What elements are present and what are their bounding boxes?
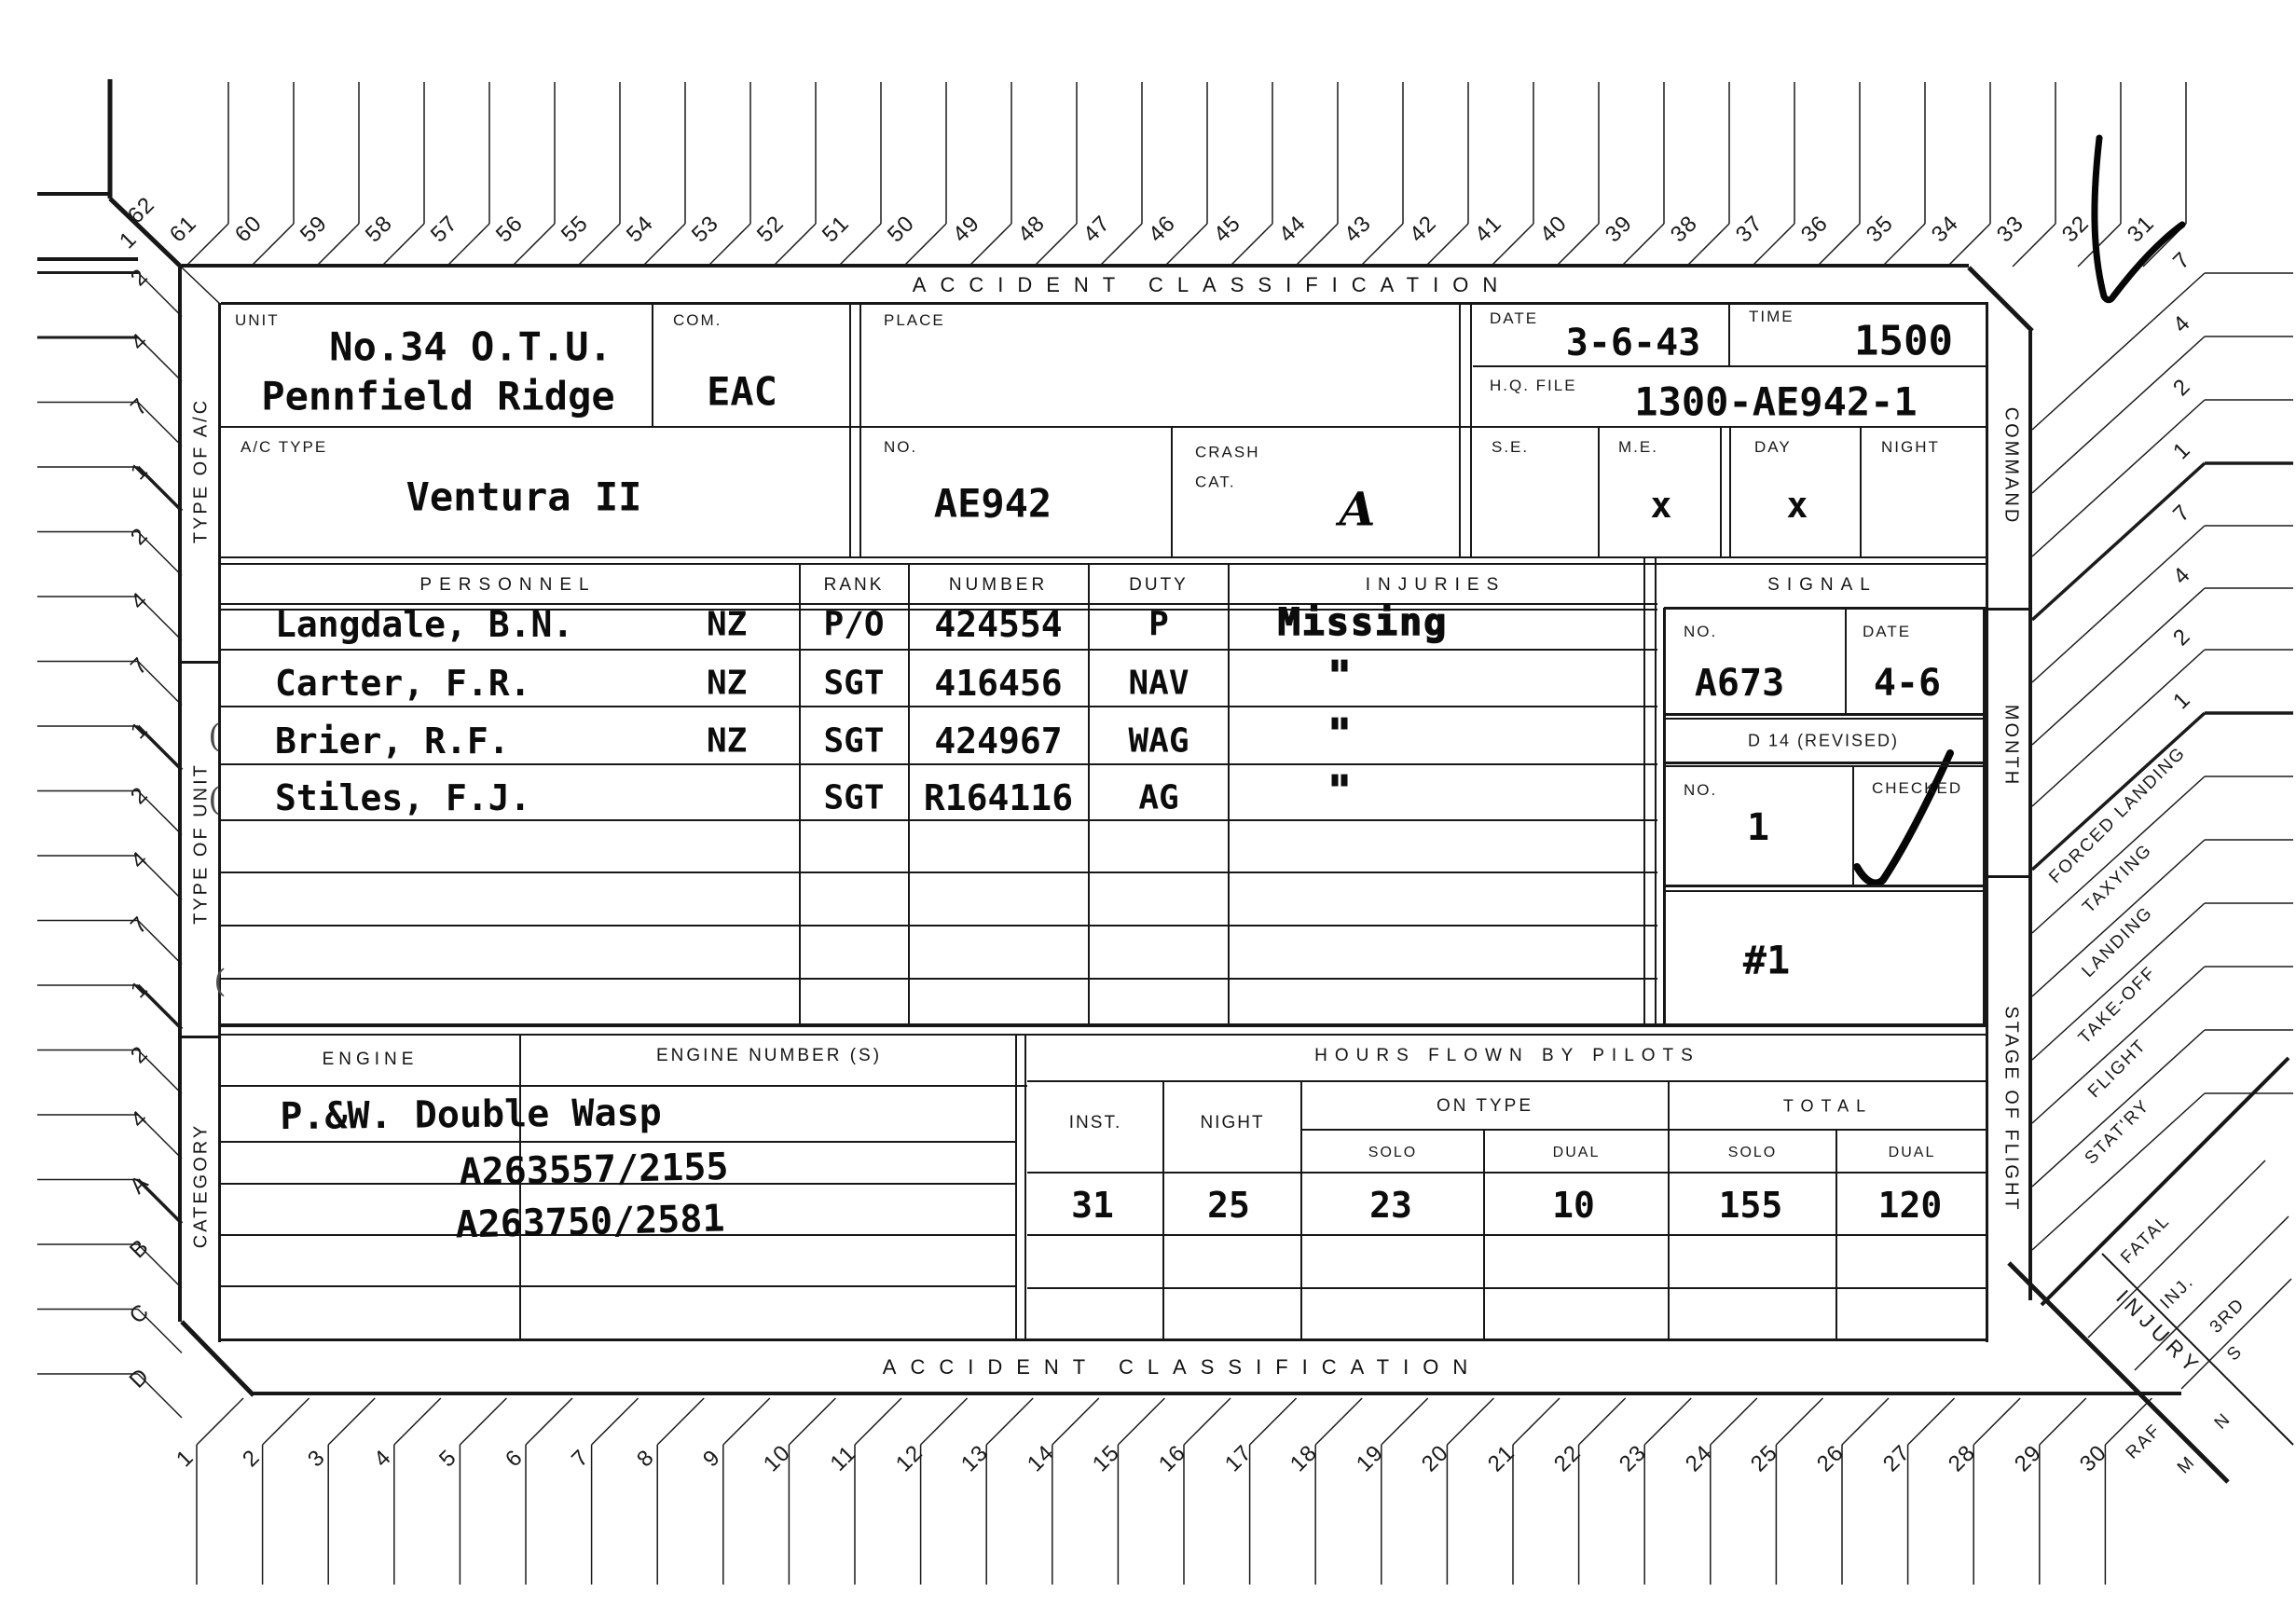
rule-line — [1664, 713, 1987, 716]
pencil-tick-2: ( — [208, 781, 220, 818]
rule-line — [178, 268, 182, 1322]
signal-checked-label: CHECKED — [1872, 779, 1962, 798]
decorative-line — [2040, 1398, 2086, 1445]
rule-line — [221, 563, 1988, 565]
rule-line — [1300, 1081, 1302, 1339]
rule-line — [1655, 557, 1657, 1025]
hours-inst-label: INST. — [1069, 1113, 1121, 1133]
rule-line — [1470, 303, 1472, 557]
rule-line — [652, 303, 653, 427]
hours-title: HOURS FLOWN BY PILOTS — [1314, 1046, 1700, 1066]
decorative-line — [263, 1398, 309, 1445]
hours-solo2-label: SOLO — [1728, 1145, 1777, 1161]
personnel-nationality: NZ — [707, 606, 747, 644]
decorative-line — [592, 1398, 639, 1445]
side-label-category: CATEGORY — [191, 1123, 213, 1248]
rule-line — [221, 1085, 1027, 1087]
rule-line — [1664, 607, 1987, 610]
personnel-name: Stiles, F.J. — [275, 777, 531, 818]
decorative-line — [1973, 1398, 2020, 1445]
rule-line — [1473, 365, 1988, 367]
decorative-line — [789, 1398, 835, 1445]
signal-note: #1 — [1743, 938, 1791, 983]
personnel-name: Carter, F.R. — [275, 663, 531, 704]
decorative-line — [2032, 526, 2205, 682]
hours-inst-value: 31 — [1071, 1185, 1114, 1226]
rule-line — [1860, 427, 1862, 557]
rule-line — [1986, 303, 1988, 1342]
rule-line — [849, 303, 851, 557]
decorative-line — [1184, 1398, 1230, 1445]
me-label: M.E. — [1618, 438, 1658, 457]
decorative-line — [1842, 1398, 1889, 1445]
rule-line — [2028, 331, 2032, 1300]
decorative-line — [1118, 1398, 1164, 1445]
rule-line — [1664, 890, 1987, 892]
rule-line — [1728, 303, 1730, 366]
top-banner: ACCIDENT CLASSIFICATION — [913, 273, 1511, 297]
ac-type-value: Ventura II — [406, 474, 642, 520]
unit-value-line2: Pennfield Ridge — [261, 374, 614, 419]
decorative-line — [2032, 588, 2205, 745]
personnel-rank: SGT — [823, 665, 884, 703]
rule-line — [182, 264, 1969, 268]
rule-line — [1024, 1035, 1026, 1339]
decorative-line — [2032, 650, 2205, 806]
rule-line — [1668, 1081, 1670, 1339]
date-value: 3-6-43 — [1566, 322, 1701, 364]
decorative-line — [1579, 1398, 1626, 1445]
pen-checkmark-checked-box — [1857, 753, 1950, 884]
signal-no2-value: 1 — [1747, 806, 1769, 849]
personnel-number: 424554 — [934, 604, 1062, 645]
decorative-line — [1382, 1398, 1428, 1445]
rule-line — [1088, 564, 1090, 1025]
rule-line — [1483, 1130, 1485, 1339]
decorative-line — [2032, 400, 2205, 556]
engine-header: ENGINE — [323, 1050, 419, 1070]
decorative-line — [921, 1398, 968, 1445]
rule-line — [221, 872, 1657, 873]
rule-line — [221, 1141, 1016, 1143]
rule-line — [221, 426, 1988, 428]
decorative-line — [2032, 713, 2205, 870]
rule-line — [37, 192, 112, 196]
engine-number-1: A263557/2155 — [459, 1146, 729, 1194]
ac-no-label: NO. — [884, 438, 917, 457]
side-label-type-of-ac: TYPE OF A/C — [191, 398, 213, 543]
hours-on-type-dual-value: 10 — [1552, 1185, 1595, 1226]
night-label: NIGHT — [1881, 438, 1940, 457]
day-value: x — [1787, 485, 1808, 526]
personnel-nationality: NZ — [707, 722, 747, 761]
time-label: TIME — [1749, 308, 1794, 326]
hours-total-dual-value: 120 — [1878, 1185, 1943, 1226]
ac-no-value: AE942 — [934, 481, 1052, 527]
engine-value: P.&W. Double Wasp — [280, 1091, 662, 1138]
side-label-month: MONTH — [2000, 705, 2022, 787]
personnel-number: 424967 — [934, 721, 1062, 762]
rule-line — [221, 556, 1988, 558]
decorative-line — [723, 1398, 770, 1445]
rule-line — [1983, 608, 1986, 1027]
pencil-tick-3: ( — [213, 963, 226, 1000]
signal-no-label: NO. — [1684, 623, 1717, 641]
personnel-injury-ditto: " — [1328, 654, 1351, 697]
decorative-line — [197, 1398, 243, 1445]
personnel-rank: SGT — [823, 722, 884, 761]
personnel-nationality: NZ — [707, 665, 747, 703]
injuries-header: INJURIES — [1366, 575, 1506, 596]
place-label: PLACE — [884, 311, 945, 330]
personnel-name: Langdale, B.N. — [275, 604, 573, 645]
decorative-line — [1711, 1398, 1757, 1445]
injury-band-line-thin — [2102, 1254, 2293, 1445]
personnel-injury-ditto: " — [1328, 769, 1351, 812]
rule-line — [799, 564, 801, 1025]
hours-on-type-solo-value: 23 — [1369, 1185, 1412, 1226]
time-value: 1500 — [1854, 318, 1953, 365]
rule-line — [1027, 1287, 1988, 1289]
rule-line — [182, 1036, 221, 1038]
decorative-line — [657, 1398, 704, 1445]
rule-line — [37, 257, 138, 261]
signal-date-label: DATE — [1863, 623, 1911, 641]
personnel-header: PERSONNEL — [419, 575, 596, 596]
crash-cat-label: CRASH CAT. — [1195, 438, 1260, 499]
rule-line — [1664, 762, 1987, 764]
rule-line — [1228, 564, 1230, 1025]
rule-line — [221, 1285, 1016, 1287]
number-header: NUMBER — [949, 575, 1048, 596]
rule-line — [221, 925, 1657, 927]
signal-date-value: 4-6 — [1874, 662, 1941, 705]
signal-no-value: A673 — [1695, 662, 1784, 705]
personnel-duty: AG — [1138, 779, 1178, 817]
rule-line — [1988, 875, 2032, 878]
personnel-injury-ditto: " — [1328, 712, 1351, 755]
rule-line — [1643, 557, 1645, 1025]
decorative-line — [1513, 1398, 1560, 1445]
hours-dual2-label: DUAL — [1889, 1145, 1936, 1161]
date-label: DATE — [1490, 309, 1538, 328]
engine-numbers-header: ENGINE NUMBER (S) — [656, 1046, 882, 1066]
rule-line — [1598, 427, 1600, 557]
rule-line — [1162, 1081, 1164, 1339]
decorative-line — [526, 1398, 572, 1445]
rule-line — [221, 1023, 1988, 1027]
hours-total-label: TOTAL — [1783, 1097, 1873, 1117]
decorative-line — [1908, 1398, 1955, 1445]
rule-line — [1729, 427, 1731, 557]
personnel-number: 416456 — [934, 663, 1062, 704]
hours-dual1-label: DUAL — [1553, 1145, 1601, 1161]
decorative-line — [1250, 1398, 1297, 1445]
com-value: EAC — [707, 369, 777, 415]
bottom-banner: ACCIDENT CLASSIFICATION — [883, 1355, 1481, 1380]
rule-line — [1988, 608, 2032, 611]
rule-line — [1664, 885, 1987, 887]
hours-on-type-label: ON TYPE — [1437, 1096, 1533, 1117]
hours-night-label: NIGHT — [1200, 1113, 1264, 1133]
me-value: x — [1651, 485, 1672, 526]
pencil-tick-1: ( — [208, 718, 220, 755]
rule-line — [1027, 1234, 1988, 1236]
rule-line — [218, 303, 221, 1342]
rule-line — [221, 649, 1657, 651]
decorative-line — [2032, 336, 2205, 493]
duty-header: DUTY — [1129, 575, 1189, 596]
rule-line — [221, 819, 1657, 821]
signal-no2-label: NO. — [1684, 781, 1717, 800]
hours-solo1-label: SOLO — [1368, 1145, 1417, 1161]
unit-label: UNIT — [235, 311, 280, 330]
rule-line — [1027, 1080, 1988, 1083]
unit-value-line1: No.34 O.T.U. — [329, 324, 612, 370]
decorative-line — [1315, 1398, 1362, 1445]
crash-cat-value: A — [1340, 482, 1376, 537]
decorative-line — [1052, 1398, 1099, 1445]
decorative-line — [328, 1398, 375, 1445]
rule-line — [1171, 427, 1173, 557]
corner-inner-diag-top-left — [182, 268, 221, 305]
engine-number-2: A263750/2581 — [455, 1197, 725, 1246]
hours-night-value: 25 — [1207, 1185, 1250, 1226]
personnel-duty: WAG — [1128, 722, 1189, 761]
rule-line — [221, 706, 1657, 707]
hq-file-value: 1300-AE942-1 — [1634, 379, 1917, 425]
rule-line — [1852, 766, 1855, 885]
decorative-line — [986, 1398, 1033, 1445]
rule-line — [908, 564, 910, 1025]
accident-record-card: ACCIDENT CLASSIFICATION ACCIDENT CLASSIF… — [0, 0, 2296, 1606]
rule-line — [221, 1034, 1988, 1036]
hq-file-label: H.Q. FILE — [1490, 377, 1577, 395]
signal-revision: D 14 (REVISED) — [1748, 732, 1899, 751]
rule-line — [1835, 1130, 1837, 1339]
rule-line — [221, 978, 1657, 980]
day-label: DAY — [1754, 438, 1792, 457]
decorative-line — [1776, 1398, 1822, 1445]
decorative-line — [2032, 273, 2205, 430]
rank-header: RANK — [824, 575, 885, 596]
personnel-duty: P — [1148, 606, 1169, 644]
com-label: COM. — [673, 311, 722, 330]
rule-line — [254, 1392, 2181, 1395]
corner-cut-top-right — [1969, 268, 2032, 331]
rule-line — [1459, 303, 1461, 557]
personnel-injury: Missing — [1278, 601, 1449, 644]
decorative-line — [1644, 1398, 1691, 1445]
rule-line — [1664, 718, 1987, 720]
signal-header: SIGNAL — [1767, 575, 1877, 596]
decorative-line — [394, 1398, 441, 1445]
personnel-name: Brier, R.F. — [275, 721, 510, 762]
hours-total-solo-value: 155 — [1719, 1185, 1783, 1226]
ac-type-label: A/C TYPE — [241, 438, 327, 457]
rule-line — [1664, 765, 1987, 767]
personnel-duty: NAV — [1128, 665, 1189, 703]
decorative-line — [855, 1398, 901, 1445]
side-label-stage-of-flight: STAGE OF FLIGHT — [2000, 1006, 2022, 1212]
rule-line — [1301, 1129, 1988, 1131]
rule-line — [221, 1338, 1988, 1341]
personnel-number: R164116 — [924, 777, 1073, 818]
decorative-line — [460, 1398, 506, 1445]
side-label-command: COMMAND — [2000, 407, 2022, 526]
personnel-rank: P/O — [823, 606, 884, 644]
rule-line — [221, 763, 1657, 765]
decorative-line — [1447, 1398, 1493, 1445]
se-label: S.E. — [1492, 438, 1529, 457]
rule-line — [1720, 427, 1722, 557]
rule-line — [1027, 1172, 1988, 1174]
rule-line — [1845, 608, 1848, 714]
rule-line — [1663, 608, 1666, 1027]
rule-line — [182, 661, 221, 664]
rule-line — [221, 302, 1988, 305]
rule-line — [859, 303, 861, 557]
rule-line — [1015, 1035, 1017, 1339]
injury-field-separator-diag — [2042, 1058, 2289, 1305]
personnel-rank: SGT — [823, 779, 884, 817]
decorative-line — [2032, 463, 2205, 620]
